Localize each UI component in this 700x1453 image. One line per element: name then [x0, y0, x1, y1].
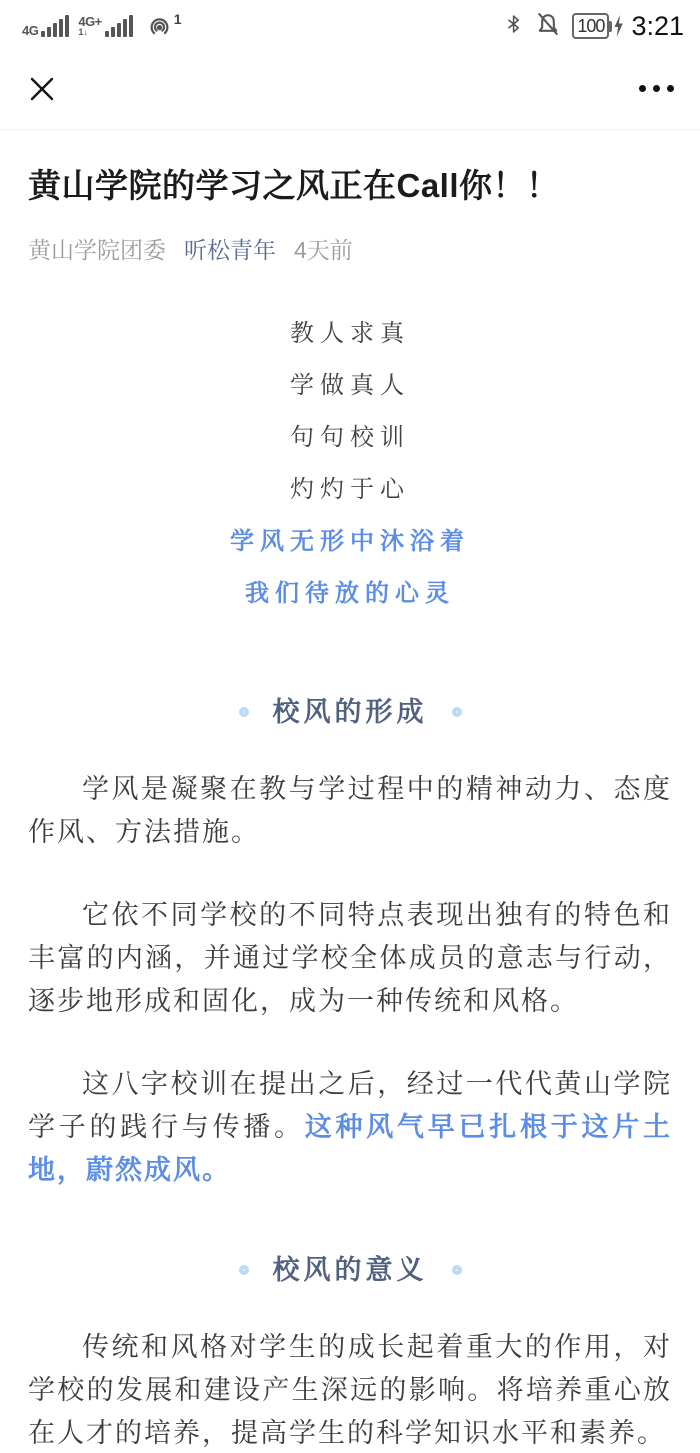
paragraph-text: 传统和风格对学生的成长起着重大的作用，对学校的发展和建设产生深远的影响。将培养重… [28, 1332, 672, 1448]
hotspot-icon: 1 [146, 13, 182, 40]
poem-line: 句句校训 [28, 424, 672, 452]
more-icon [632, 85, 674, 92]
section-heading-label: 校风的意义 [273, 1254, 428, 1286]
signal-bars-icon [103, 15, 133, 37]
poem-highlight-line: 我们待放的心灵 [28, 580, 672, 608]
clock-time: 3:21 [631, 11, 684, 42]
section-heading-formation: 校风的形成 [28, 696, 672, 728]
poem-block: 教人求真 学做真人 句句校训 灼灼于心 学风无形中沐浴着 我们待放的心灵 [28, 320, 672, 608]
bluetooth-icon [504, 10, 524, 43]
paragraph: 它依不同学校的不同特点表现出独有的特色和丰富的内涵，并通过学校全体成员的意志与行… [28, 894, 672, 1023]
sim2-activity-label: 1↓ [78, 28, 88, 37]
ring-icon [452, 707, 462, 717]
status-bar: 4G 4G+ 1↓ 1 [0, 0, 700, 48]
status-bar-left: 4G 4G+ 1↓ 1 [22, 13, 182, 40]
close-icon [26, 73, 58, 105]
publish-time: 4天前 [294, 236, 353, 264]
paragraph: 学风是凝聚在教与学过程中的精神动力、态度作风、方法措施。 [28, 768, 672, 854]
ring-icon [239, 1265, 249, 1275]
poem-highlight-line: 学风无形中沐浴着 [28, 528, 672, 556]
ring-icon [239, 707, 249, 717]
account-name: 黄山学院团委 [28, 236, 166, 264]
status-bar-right: 100 3:21 [494, 10, 684, 43]
byline: 黄山学院团委 听松青年 4天前 [28, 236, 672, 264]
paragraph: 传统和风格对学生的成长起着重大的作用，对学校的发展和建设产生深远的影响。将培养重… [28, 1326, 672, 1453]
battery-level: 100 [572, 13, 609, 39]
signal-bars-icon [39, 15, 69, 37]
article-title: 黄山学院的学习之风正在Call你！！ [28, 162, 672, 210]
section-heading-label: 校风的形成 [273, 696, 428, 728]
paragraph-text: 它依不同学校的不同特点表现出独有的特色和丰富的内涵，并通过学校全体成员的意志与行… [28, 900, 672, 1016]
mute-bell-icon [534, 10, 562, 43]
signal-sim1-icon: 4G [22, 15, 69, 37]
close-button[interactable] [26, 73, 58, 105]
section-heading-significance: 校风的意义 [28, 1254, 672, 1286]
hotspot-badge: 1 [174, 13, 182, 25]
ring-icon [452, 1265, 462, 1275]
battery-icon: 100 [572, 13, 625, 39]
poem-line: 教人求真 [28, 320, 672, 348]
poem-line: 学做真人 [28, 372, 672, 400]
nav-bar [0, 48, 700, 130]
sim1-network-label: 4G [22, 24, 38, 37]
paragraph-text: 学风是凝聚在教与学过程中的精神动力、态度作风、方法措施。 [28, 774, 672, 847]
poem-line: 灼灼于心 [28, 476, 672, 504]
article-body: 黄山学院的学习之风正在Call你！！ 黄山学院团委 听松青年 4天前 教人求真 … [0, 162, 700, 1453]
author-link[interactable]: 听松青年 [184, 236, 276, 264]
more-button[interactable] [632, 85, 674, 92]
paragraph: 这八字校训在提出之后，经过一代代黄山学院学子的践行与传播。这种风气早已扎根于这片… [28, 1063, 672, 1192]
charging-bolt-icon [612, 14, 625, 38]
signal-sim2-icon: 4G+ 1↓ [78, 15, 132, 37]
